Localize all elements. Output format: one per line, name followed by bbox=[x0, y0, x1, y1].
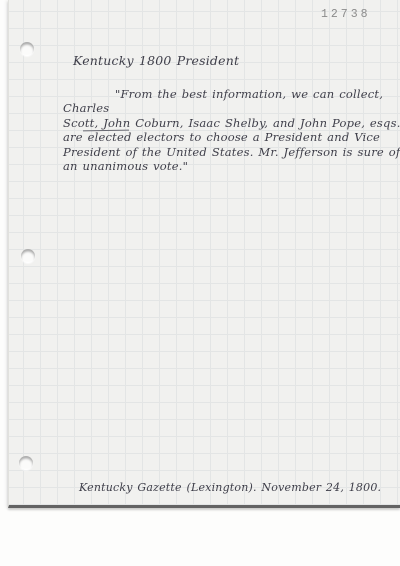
punch-hole-bottom bbox=[19, 456, 33, 470]
quote-line: are elected electors to choose a Preside… bbox=[63, 130, 400, 144]
quote-line: "From the best information, we can colle… bbox=[63, 87, 400, 116]
notebook-page: 12738 Kentucky 1800 President "From the … bbox=[8, 0, 400, 508]
quote-line: Scott, John Coburn, Isaac Shelby, and Jo… bbox=[63, 116, 400, 130]
archive-number-stamp: 12738 bbox=[321, 8, 371, 21]
scanner-background: 12738 Kentucky 1800 President "From the … bbox=[0, 0, 400, 566]
page-title: Kentucky 1800 President bbox=[73, 53, 239, 68]
punch-hole-top bbox=[20, 42, 34, 56]
quote-line: President of the United States. Mr. Jeff… bbox=[63, 145, 400, 159]
citation: Kentucky Gazette (Lexington). November 2… bbox=[79, 481, 381, 494]
quote-line: an unanimous vote." bbox=[63, 159, 400, 173]
punch-hole-middle bbox=[21, 249, 35, 263]
